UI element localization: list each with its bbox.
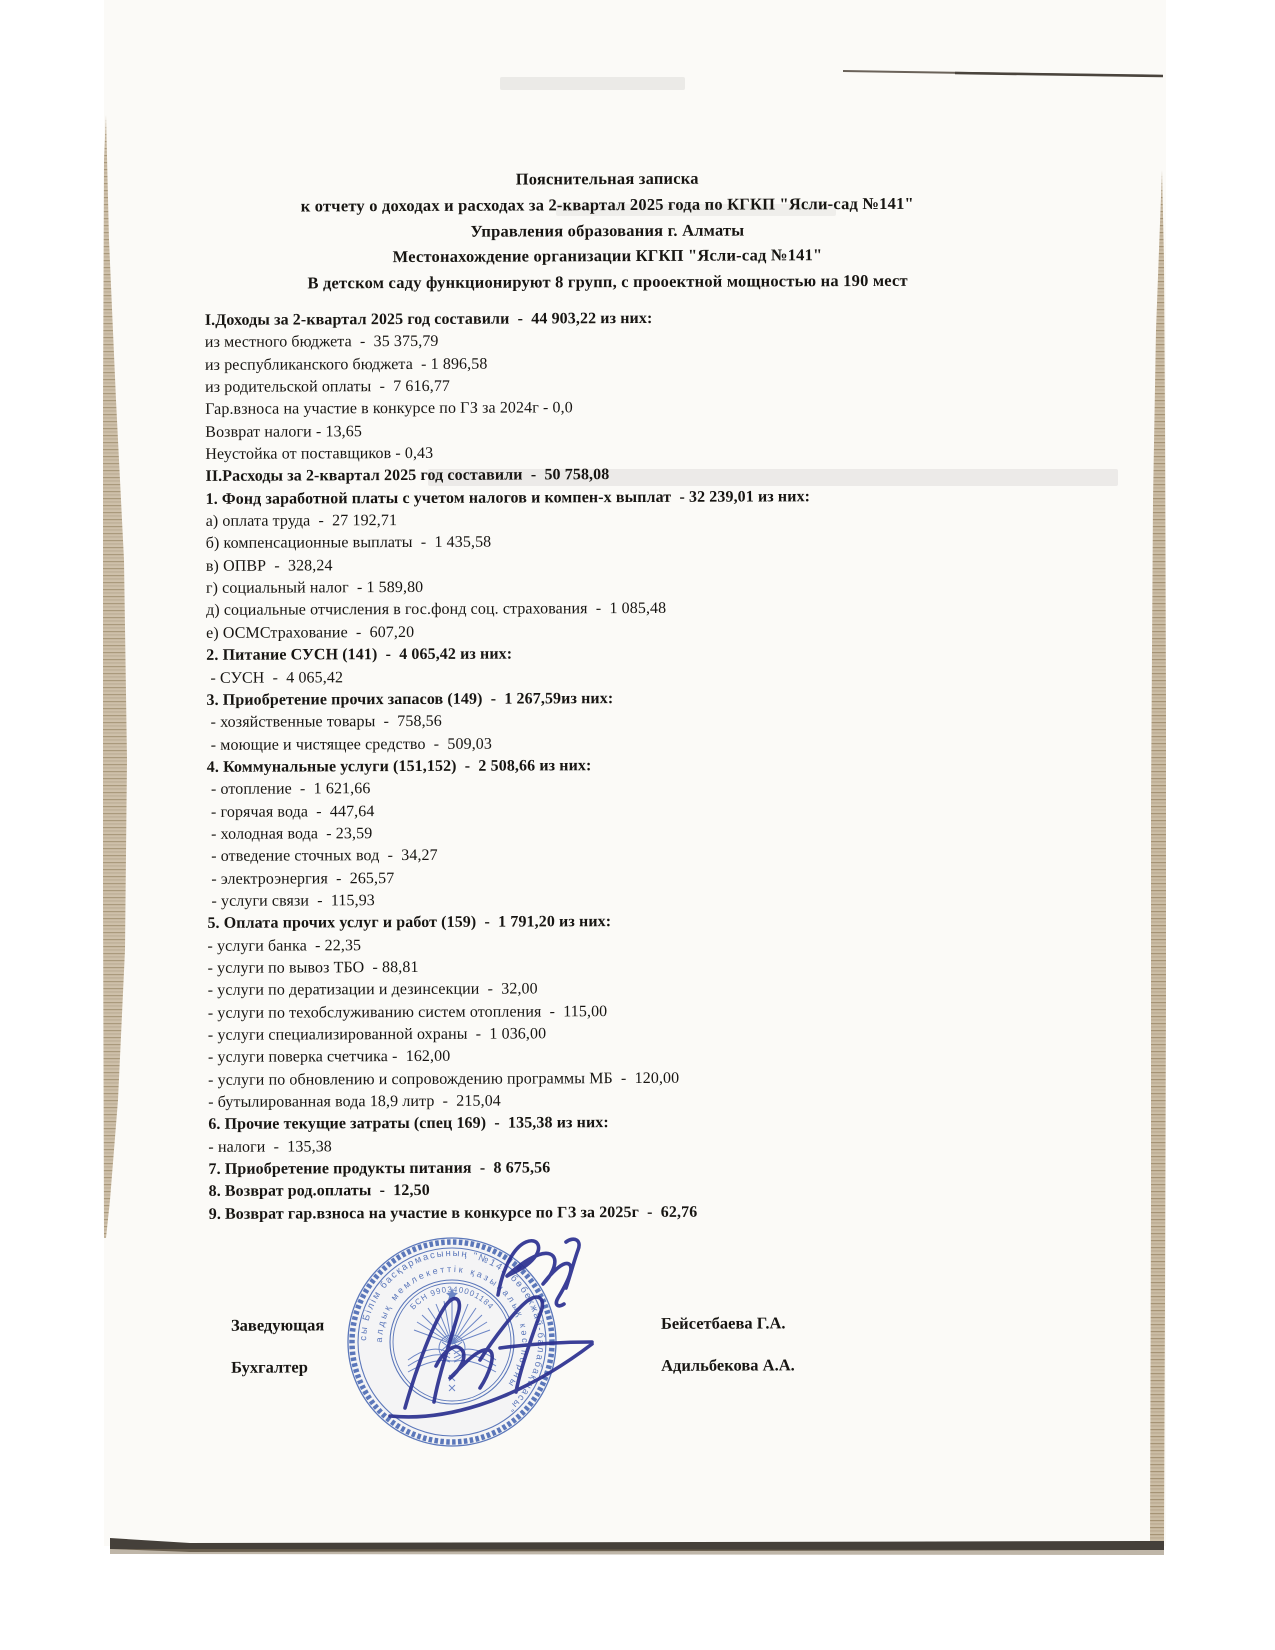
stamp-and-signatures: Алматы қаласы Білім басқармасының "№141 … (330, 1180, 640, 1480)
name-label: Бейсетбаева Г.А. (661, 1313, 786, 1333)
document-body: I.Доходы за 2-квартал 2025 год составили… (205, 306, 1139, 1226)
title-line: В детском саду функционируют 8 групп, с … (118, 267, 1098, 297)
name-label: Адильбекова А.А. (661, 1355, 795, 1375)
scanned-document: Пояснительная запискак отчету о доходах … (0, 0, 1275, 1650)
document-title-block: Пояснительная запискак отчету о доходах … (117, 164, 1098, 297)
